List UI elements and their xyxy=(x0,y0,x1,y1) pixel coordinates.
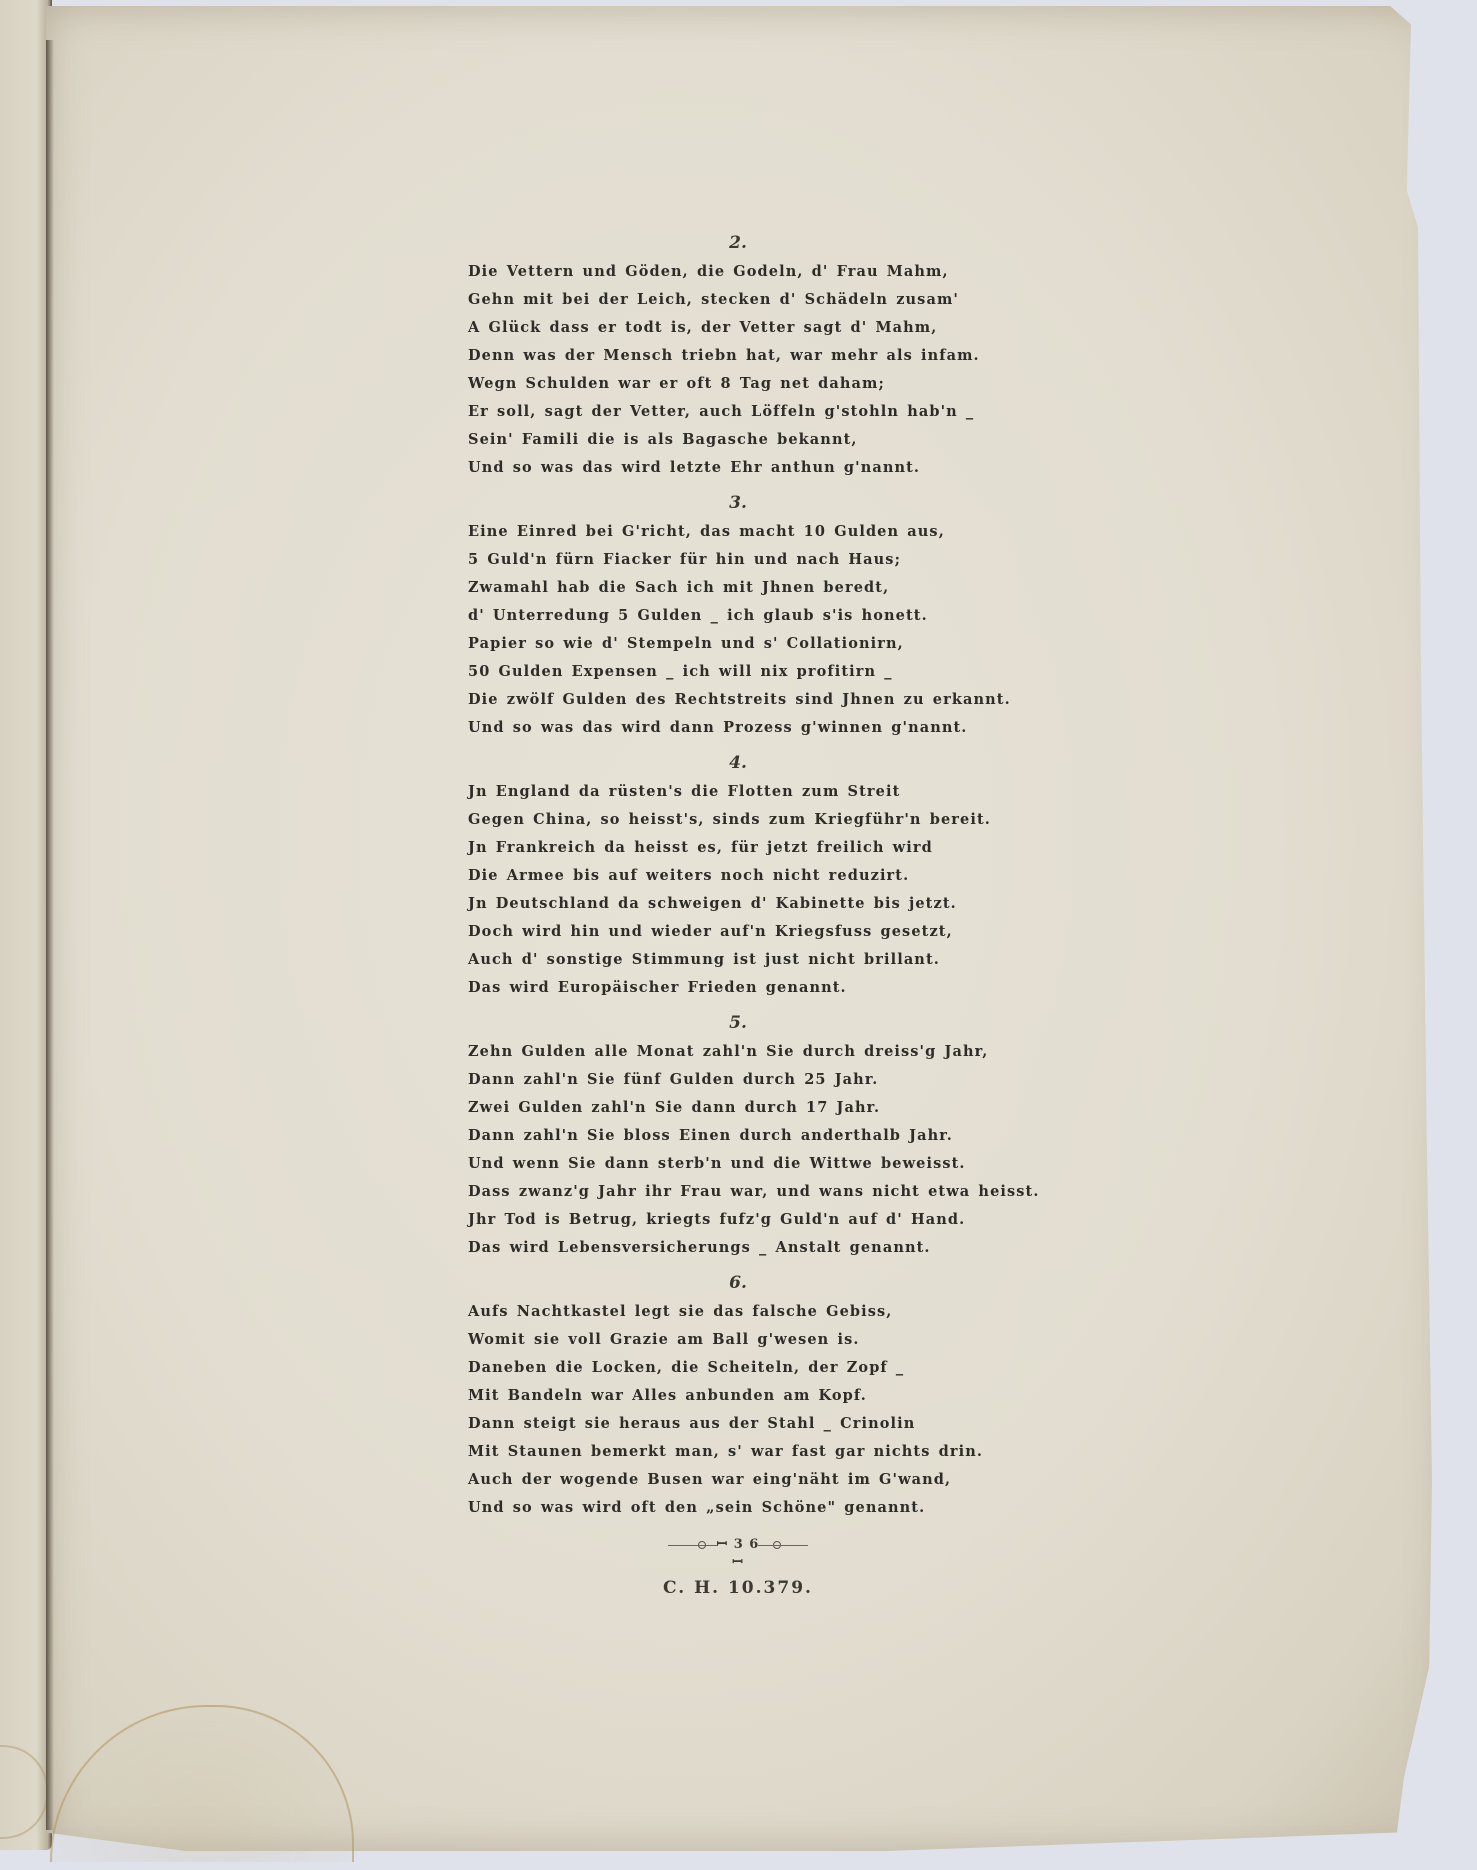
verse-line: Womit sie voll Grazie am Ball g'wesen is… xyxy=(468,1326,1088,1354)
stanza-number: 2. xyxy=(468,228,1008,258)
verse-line: Jhr Tod is Betrug, kriegts fufz'g Guld'n… xyxy=(468,1206,1088,1234)
verse-line: Und so was das wird dann Prozess g'winne… xyxy=(468,714,1088,742)
verse-line: Denn was der Mensch triebn hat, war mehr… xyxy=(468,342,1088,370)
verse-line: Die Vettern und Göden, die Godeln, d' Fr… xyxy=(468,258,1088,286)
verse-line: Wegn Schulden war er oft 8 Tag net daham… xyxy=(468,370,1088,398)
verse-line: Die zwölf Gulden des Rechtstreits sind J… xyxy=(468,686,1088,714)
lyrics-block: 2. Die Vettern und Göden, die Godeln, d'… xyxy=(468,228,1088,1598)
gutter-shadow xyxy=(46,40,54,1830)
verse-line: Dass zwanz'g Jahr ihr Frau war, und wans… xyxy=(468,1178,1088,1206)
verse-line: Eine Einred bei G'richt, das macht 10 Gu… xyxy=(468,518,1088,546)
stanza-3: 3. Eine Einred bei G'richt, das macht 10… xyxy=(468,488,1088,742)
stanza-number: 3. xyxy=(468,488,1008,518)
verse-line: Mit Staunen bemerkt man, s' war fast gar… xyxy=(468,1438,1088,1466)
ornament-rule-right xyxy=(758,1545,808,1546)
stanza-4: 4. Jn England da rüsten's die Flotten zu… xyxy=(468,748,1088,1002)
verse-line: Doch wird hin und wieder auf'n Kriegsfus… xyxy=(468,918,1088,946)
end-ornament: ꟷ 3 6 ꟷ xyxy=(468,1526,1008,1566)
verse-line: Das wird Lebensversicherungs _ Anstalt g… xyxy=(468,1234,1088,1262)
stanza-5: 5. Zehn Gulden alle Monat zahl'n Sie dur… xyxy=(468,1008,1088,1262)
verse-line: Und so was wird oft den „sein Schöne" ge… xyxy=(468,1494,1088,1522)
verse-line: Gegen China, so heisst's, sinds zum Krie… xyxy=(468,806,1088,834)
verse-line: 50 Gulden Expensen _ ich will nix profit… xyxy=(468,658,1088,686)
verse-line: Mit Bandeln war Alles anbunden am Kopf. xyxy=(468,1382,1088,1410)
verse-line: Auch der wogende Busen war eing'näht im … xyxy=(468,1466,1088,1494)
verse-line: Er soll, sagt der Vetter, auch Löffeln g… xyxy=(468,398,1088,426)
verse-line: Das wird Europäischer Frieden genannt. xyxy=(468,974,1088,1002)
ornament-circle-icon xyxy=(698,1541,706,1549)
verse-line: Und wenn Sie dann sterb'n und die Wittwe… xyxy=(468,1150,1088,1178)
ornament-rule-left xyxy=(668,1545,718,1546)
verse-line: Jn Deutschland da schweigen d' Kabinette… xyxy=(468,890,1088,918)
verse-line: Gehn mit bei der Leich, stecken d' Schäd… xyxy=(468,286,1088,314)
verse-line: Zwamahl hab die Sach ich mit Jhnen bered… xyxy=(468,574,1088,602)
verse-line: Jn Frankreich da heisst es, für jetzt fr… xyxy=(468,834,1088,862)
stanza-6: 6. Aufs Nachtkastel legt sie das falsche… xyxy=(468,1268,1088,1522)
verse-line: Zehn Gulden alle Monat zahl'n Sie durch … xyxy=(468,1038,1088,1066)
ornament-fleuron-icon: ꟷ 3 6 ꟷ xyxy=(713,1534,763,1570)
stanza-2: 2. Die Vettern und Göden, die Godeln, d'… xyxy=(468,228,1088,482)
stanza-number: 4. xyxy=(468,748,1008,778)
verse-line: d' Unterredung 5 Gulden _ ich glaub s'is… xyxy=(468,602,1088,630)
verse-line: Dann zahl'n Sie bloss Einen durch andert… xyxy=(468,1122,1088,1150)
verse-line: Auch d' sonstige Stimmung ist just nicht… xyxy=(468,946,1088,974)
verse-line: 5 Guld'n fürn Fiacker für hin und nach H… xyxy=(468,546,1088,574)
verse-line: Jn England da rüsten's die Flotten zum S… xyxy=(468,778,1088,806)
verse-line: Zwei Gulden zahl'n Sie dann durch 17 Jah… xyxy=(468,1094,1088,1122)
verse-line: Papier so wie d' Stempeln und s' Collati… xyxy=(468,630,1088,658)
facing-page-edge xyxy=(0,0,52,1850)
verse-line: Und so was das wird letzte Ehr anthun g'… xyxy=(468,454,1088,482)
verse-line: Daneben die Locken, die Scheiteln, der Z… xyxy=(468,1354,1088,1382)
verse-line: A Glück dass er todt is, der Vetter sagt… xyxy=(468,314,1088,342)
verse-line: Dann zahl'n Sie fünf Gulden durch 25 Jah… xyxy=(468,1066,1088,1094)
plate-number: C. H. 10.379. xyxy=(468,1578,1008,1598)
stanza-number: 6. xyxy=(468,1268,1008,1298)
verse-line: Sein' Famili die is als Bagasche bekannt… xyxy=(468,426,1088,454)
stanza-number: 5. xyxy=(468,1008,1008,1038)
verse-line: Die Armee bis auf weiters noch nicht red… xyxy=(468,862,1088,890)
verse-line: Aufs Nachtkastel legt sie das falsche Ge… xyxy=(468,1298,1088,1326)
verse-line: Dann steigt sie heraus aus der Stahl _ C… xyxy=(468,1410,1088,1438)
